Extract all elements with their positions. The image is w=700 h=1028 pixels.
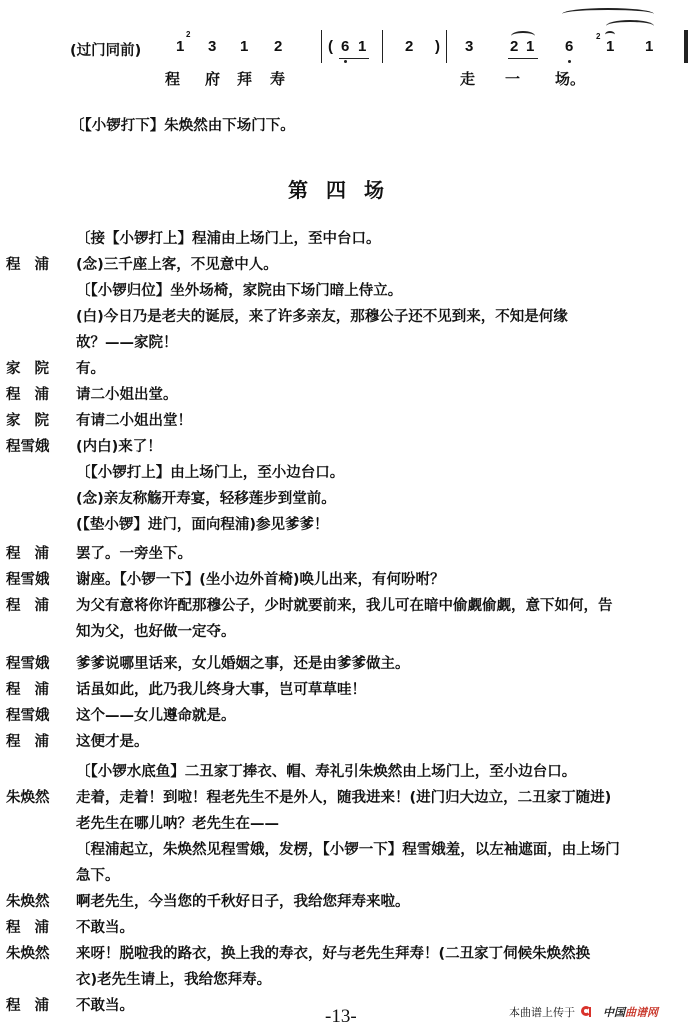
page-number: -13-	[325, 1006, 357, 1028]
speaker-name: 程浦	[6, 542, 68, 563]
speaker-name: 程浦	[6, 678, 68, 699]
notation-prefix: (过门同前)	[70, 39, 141, 60]
note: 2	[405, 38, 413, 55]
watermark: 本曲谱上传于 中国曲谱网	[509, 1004, 658, 1020]
dialogue-line: 程雪娥爹爹说哪里话来，女儿婚姻之事，还是由爹爹做主。	[0, 652, 700, 678]
stage-direction: 〔【小锣打下】朱焕然由下场门下。	[70, 114, 295, 135]
stage-direction: 〔【小锣打上】由上场门上，至小边台口。	[76, 461, 344, 482]
stage-direction: 〔程浦起立，朱焕然见程雪娥，发楞，【小锣一下】程雪娥羞，以左袖遮面，由上场门	[76, 838, 620, 859]
note: (	[328, 38, 333, 55]
dialogue-text: 爹爹说哪里话来，女儿婚姻之事，还是由爹爹做主。	[76, 652, 410, 673]
speaker-name: 程雪娥	[6, 652, 68, 673]
note: 6	[341, 38, 349, 55]
site-logo-icon	[581, 1005, 597, 1019]
grace-note: 2	[186, 30, 190, 39]
dialogue-line: (念)亲友称觞开寿宴，轻移莲步到堂前。	[0, 487, 700, 513]
dialogue-text: 走着，走着！到啦！程老先生不是外人，随我进来！(进门归大边立，二丑家丁随进)	[76, 786, 611, 807]
lyric-syllable: 寿	[270, 68, 285, 89]
lyric-syllable: 府	[205, 68, 220, 89]
dialogue-line: 〔【小锣归位】坐外场椅，家院由下场门暗上侍立。	[0, 279, 700, 305]
dialogue-text: 知为父，也好做一定夺。	[76, 620, 236, 641]
dialogue-line: 〔【小锣打上】由上场门上，至小边台口。	[0, 461, 700, 487]
speaker-name: 朱焕然	[6, 786, 68, 807]
dialogue-text: (内白)来了！	[76, 435, 162, 456]
lyric-syllable: 拜	[237, 68, 252, 89]
stage-direction: 〔【小锣水底鱼】二丑家丁捧衣、帽、寿礼引朱焕然由上场门上，至小边台口。	[76, 760, 576, 781]
dialogue-line: 家院有请二小姐出堂！	[0, 409, 700, 435]
slur-arc	[606, 20, 654, 32]
speaker-name: 程浦	[6, 383, 68, 404]
note: )	[435, 38, 440, 55]
lyric-syllable: 走	[460, 68, 475, 89]
lyric-syllable: 场。	[555, 68, 585, 89]
lyric-syllable: 一	[505, 68, 520, 89]
bar-line	[446, 30, 447, 63]
dialogue-text: 来呀！脱啦我的路衣，换上我的寿衣，好与老先生拜寿！(二丑家丁伺候朱焕然换	[76, 942, 590, 963]
note: 2	[274, 38, 282, 55]
dialogue-line: 老先生在哪儿呐？老先生在——	[0, 812, 700, 838]
dialogue-text: 谢座。【小锣一下】(坐小边外首椅)唤儿出来，有何吩咐？	[76, 568, 445, 589]
speaker-name: 朱焕然	[6, 890, 68, 911]
slur-arc	[511, 31, 535, 41]
note: 3	[208, 38, 216, 55]
speaker-name: 程浦	[6, 916, 68, 937]
note: 1	[358, 38, 366, 55]
dialogue-text: (念)亲友称觞开寿宴，轻移莲步到堂前。	[76, 487, 336, 508]
dialogue-text: 不敢当。	[76, 994, 134, 1015]
dialogue-line: 急下。	[0, 864, 700, 890]
dialogue-line: 〔接【小锣打上】程浦由上场门上，至中台口。	[0, 227, 700, 253]
dialogue-text: 这个——女儿遵命就是。	[76, 704, 236, 725]
speaker-name: 程雪娥	[6, 704, 68, 725]
dialogue-line: 故？——家院！	[0, 331, 700, 357]
dialogue-text: 故？——家院！	[76, 331, 178, 352]
note: 1	[606, 38, 614, 55]
dialogue-text: 有。	[76, 357, 105, 378]
speaker-name: 程雪娥	[6, 435, 68, 456]
dialogue-line: 程雪娥(内白)来了！	[0, 435, 700, 461]
final-bar-line	[684, 30, 688, 63]
speaker-name: 朱焕然	[6, 942, 68, 963]
octave-dot	[344, 60, 347, 63]
speaker-name: 程浦	[6, 594, 68, 615]
dialogue-line: 程浦这便才是。	[0, 730, 700, 756]
dialogue-text: 有请二小姐出堂！	[76, 409, 192, 430]
dialogue-line: 家院有。	[0, 357, 700, 383]
speaker-name: 家院	[6, 409, 68, 430]
dialogue-line: 程浦(念)三千座上客，不见意中人。	[0, 253, 700, 279]
speaker-name: 程浦	[6, 730, 68, 751]
stage-direction: 〔【小锣归位】坐外场椅，家院由下场门暗上侍立。	[76, 279, 402, 300]
dialogue-text: 罢了。一旁坐下。	[76, 542, 192, 563]
grace-note: 2	[596, 32, 600, 41]
dialogue-line: 程浦罢了。一旁坐下。	[0, 542, 700, 568]
dialogue-text: 老先生在哪儿呐？老先生在——	[76, 812, 279, 833]
dialogue-text: 话虽如此，此乃我儿终身大事，岂可草草哇！	[76, 678, 366, 699]
dialogue-text: 不敢当。	[76, 916, 134, 937]
watermark-prefix: 本曲谱上传于	[509, 1004, 575, 1020]
dialogue-line: 程雪娥谢座。【小锣一下】(坐小边外首椅)唤儿出来，有何吩咐？	[0, 568, 700, 594]
watermark-site-a: 中国	[603, 1006, 625, 1019]
note: 6	[565, 38, 573, 55]
dialogue-line: 程浦为父有意将你许配那穆公子，少时就要前来，我儿可在暗中偷觑偷觑，意下如何，告	[0, 594, 700, 620]
dialogue-line: 程雪娥这个——女儿遵命就是。	[0, 704, 700, 730]
dialogue-line: 〔【小锣水底鱼】二丑家丁捧衣、帽、寿礼引朱焕然由上场门上，至小边台口。	[0, 760, 700, 786]
dialogue-text: (念)三千座上客，不见意中人。	[76, 253, 278, 274]
octave-dot	[568, 60, 571, 63]
dialogue-line: 朱焕然啊老先生，今当您的千秋好日子，我给您拜寿来啦。	[0, 890, 700, 916]
note: 1	[176, 38, 184, 55]
scene-title: 第四场	[288, 174, 402, 203]
dialogue-text: (白)今日乃是老夫的诞辰，来了许多亲友，那穆公子还不见到来，不知是何缘	[76, 305, 568, 326]
dialogue-line: (白)今日乃是老夫的诞辰，来了许多亲友，那穆公子还不见到来，不知是何缘	[0, 305, 700, 331]
dialogue-text: (【垫小锣】进门，面向程浦)参见爹爹！	[76, 513, 329, 534]
note: 1	[240, 38, 248, 55]
stage-direction: 〔接【小锣打上】程浦由上场门上，至中台口。	[76, 227, 381, 248]
dialogue-text: 急下。	[76, 864, 120, 885]
note: 1	[645, 38, 653, 55]
underline-beam	[508, 58, 538, 59]
underline-beam	[339, 58, 369, 59]
dialogue-text: 衣)老先生请上，我给您拜寿。	[76, 968, 271, 989]
dialogue-line: 衣)老先生请上，我给您拜寿。	[0, 968, 700, 994]
dialogue-line: 〔程浦起立，朱焕然见程雪娥，发楞，【小锣一下】程雪娥羞，以左袖遮面，由上场门	[0, 838, 700, 864]
dialogue-line: 程浦话虽如此，此乃我儿终身大事，岂可草草哇！	[0, 678, 700, 704]
dialogue-text: 为父有意将你许配那穆公子，少时就要前来，我儿可在暗中偷觑偷觑，意下如何，告	[76, 594, 613, 615]
dialogue-line: 知为父，也好做一定夺。	[0, 620, 700, 646]
dialogue-text: 啊老先生，今当您的千秋好日子，我给您拜寿来啦。	[76, 890, 410, 911]
bar-line	[382, 30, 383, 63]
note: 3	[465, 38, 473, 55]
dialogue-text: 这便才是。	[76, 730, 149, 751]
slur-arc	[562, 8, 654, 20]
dialogue-line: 程浦请二小姐出堂。	[0, 383, 700, 409]
watermark-site-b: 曲谱网	[625, 1006, 658, 1019]
dialogue-line: (【垫小锣】进门，面向程浦)参见爹爹！	[0, 513, 700, 539]
dialogue-text: 请二小姐出堂。	[76, 383, 178, 404]
lyric-syllable: 程	[165, 68, 180, 89]
speaker-name: 家院	[6, 357, 68, 378]
fermata-icon	[605, 31, 615, 38]
dialogue-line: 朱焕然走着，走着！到啦！程老先生不是外人，随我进来！(进门归大边立，二丑家丁随进…	[0, 786, 700, 812]
dialogue-line: 朱焕然来呀！脱啦我的路衣，换上我的寿衣，好与老先生拜寿！(二丑家丁伺候朱焕然换	[0, 942, 700, 968]
bar-line	[321, 30, 322, 63]
speaker-name: 程浦	[6, 253, 68, 274]
dialogue-line: 程浦不敢当。	[0, 916, 700, 942]
speaker-name: 程浦	[6, 994, 68, 1015]
speaker-name: 程雪娥	[6, 568, 68, 589]
